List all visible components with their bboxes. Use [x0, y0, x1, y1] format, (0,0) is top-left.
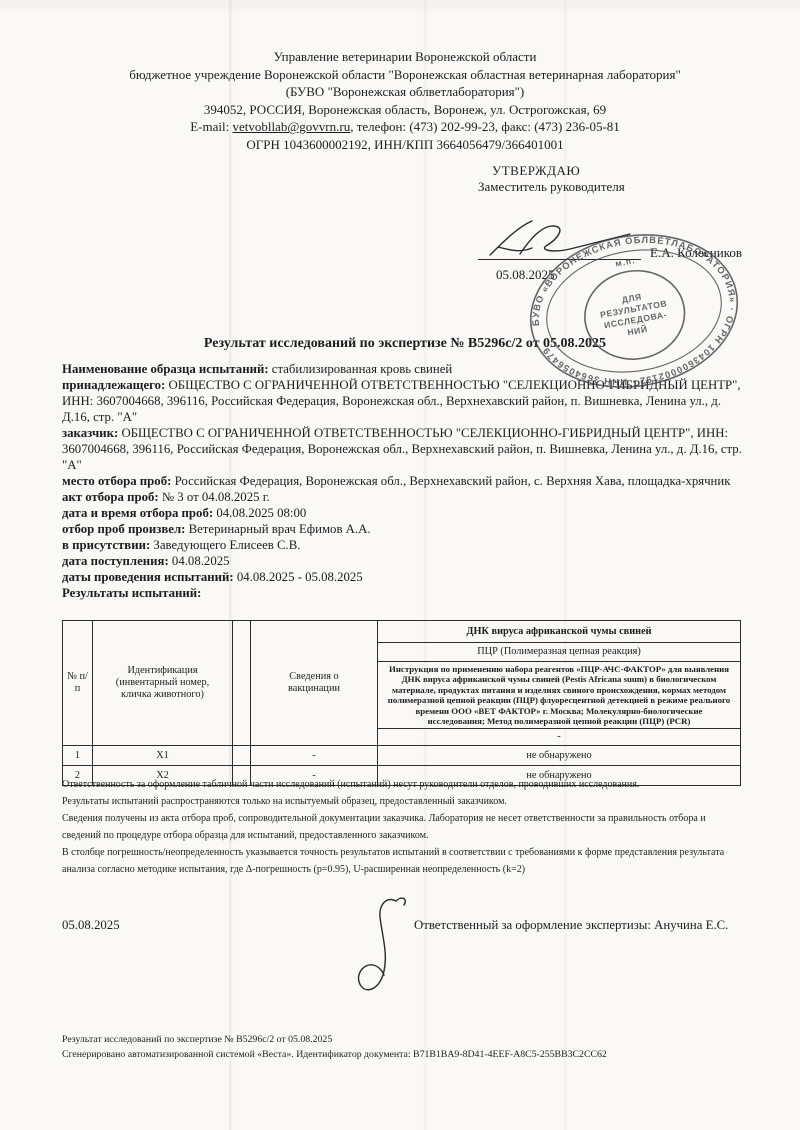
phone-fax-text: , телефон: (473) 202-99-23, факс: (473) …	[350, 119, 620, 134]
cell-number: 1	[63, 746, 93, 766]
detail-sampling-act: акт отбора проб: № 3 от 04.08.2025 г.	[62, 489, 744, 505]
cell-result: не обнаружено	[378, 746, 741, 766]
detail-sampler: отбор проб произвел: Ветеринарный врач Е…	[62, 521, 744, 537]
detail-sampling-place: место отбора проб: Российская Федерация,…	[62, 473, 744, 489]
detail-witness: в присутствии: Заведующего Елисеев С.В.	[62, 537, 744, 553]
org-line-ogrn-inn: ОГРН 1043600002192, ИНН/КПП 3664056479/3…	[55, 136, 755, 154]
results-section-label: Результаты испытаний:	[62, 585, 744, 601]
footnote: Сведения получены из акта отбора проб, с…	[62, 810, 746, 844]
detail-receipt-date: дата поступления: 04.08.2025	[62, 553, 744, 569]
result-header-uncertainty: -	[378, 729, 741, 746]
org-line-address: 394052, РОССИЯ, Воронежская область, Вор…	[55, 101, 755, 119]
org-line-contacts: E-mail: vetvobllab@govvrn.ru, телефон: (…	[55, 118, 755, 136]
signoff-date: 05.08.2025	[62, 918, 120, 933]
footnote: Ответственность за оформление табличной …	[62, 776, 746, 793]
table-row: 1 Х1 - не обнаружено	[63, 746, 741, 766]
cell-vaccination: -	[251, 746, 378, 766]
result-header-instruction: Инструкция по применению набора реагенто…	[378, 662, 741, 729]
org-line-short-name: (БУВО "Воронежская облветлаборатория")	[55, 83, 755, 101]
org-line-authority: Управление ветеринарии Воронежской облас…	[55, 48, 755, 66]
email-label: E-mail:	[190, 119, 229, 134]
col-header-identification: Идентификация (инвентарный номер, кличка…	[93, 621, 233, 746]
executor-signature	[352, 893, 412, 998]
detail-testing-dates: даты проведения испытаний: 04.08.2025 - …	[62, 569, 744, 585]
col-header-vaccination: Сведения о вакцинации	[251, 621, 378, 746]
results-table: № п/п Идентификация (инвентарный номер, …	[62, 620, 741, 786]
footnote: В столбце погрешность/неопределенность у…	[62, 844, 746, 878]
footnote: Результаты испытаний распространяются то…	[62, 793, 746, 810]
approval-word: УТВЕРЖДАЮ	[492, 163, 758, 179]
detail-sampling-datetime: дата и время отбора проб: 04.08.2025 08:…	[62, 505, 744, 521]
organization-header: Управление ветеринарии Воронежской облас…	[55, 48, 755, 154]
email-link: vetvobllab@govvrn.ru	[232, 119, 350, 134]
sample-details: Наименование образца испытаний: стабилиз…	[62, 361, 744, 601]
scanned-document-page: Управление ветеринарии Воронежской облас…	[0, 0, 800, 1130]
footnotes: Ответственность за оформление табличной …	[62, 776, 746, 878]
result-header-method: ПЦР (Полимеразная цепная реакция)	[378, 643, 741, 662]
result-header-target: ДНК вируса африканской чумы свиней	[378, 621, 741, 643]
approver-position: Заместитель руководителя	[478, 179, 758, 195]
col-header-number: № п/п	[63, 621, 93, 746]
document-footer: Результат исследований по экспертизе № В…	[62, 1032, 752, 1062]
stamp-mp-label: м.п.	[615, 255, 637, 268]
lab-round-stamp: БУВО «ВОРОНЕЖСКАЯ ОБЛВЕТЛАБОРАТОРИЯ» · О…	[522, 231, 746, 391]
org-line-institution: бюджетное учреждение Воронежской области…	[55, 66, 755, 84]
signoff-responsible: Ответственный за оформление экспертизы: …	[414, 918, 728, 933]
footer-expertise-ref: Результат исследований по экспертизе № В…	[62, 1032, 752, 1047]
detail-customer: заказчик: ОБЩЕСТВО С ОГРАНИЧЕННОЙ ОТВЕТС…	[62, 425, 744, 473]
cell-spacer	[233, 746, 251, 766]
col-header-spacer	[233, 621, 251, 746]
cell-identification: Х1	[93, 746, 233, 766]
footer-generated-by: Сгенерировано автоматизированной системо…	[62, 1047, 752, 1062]
